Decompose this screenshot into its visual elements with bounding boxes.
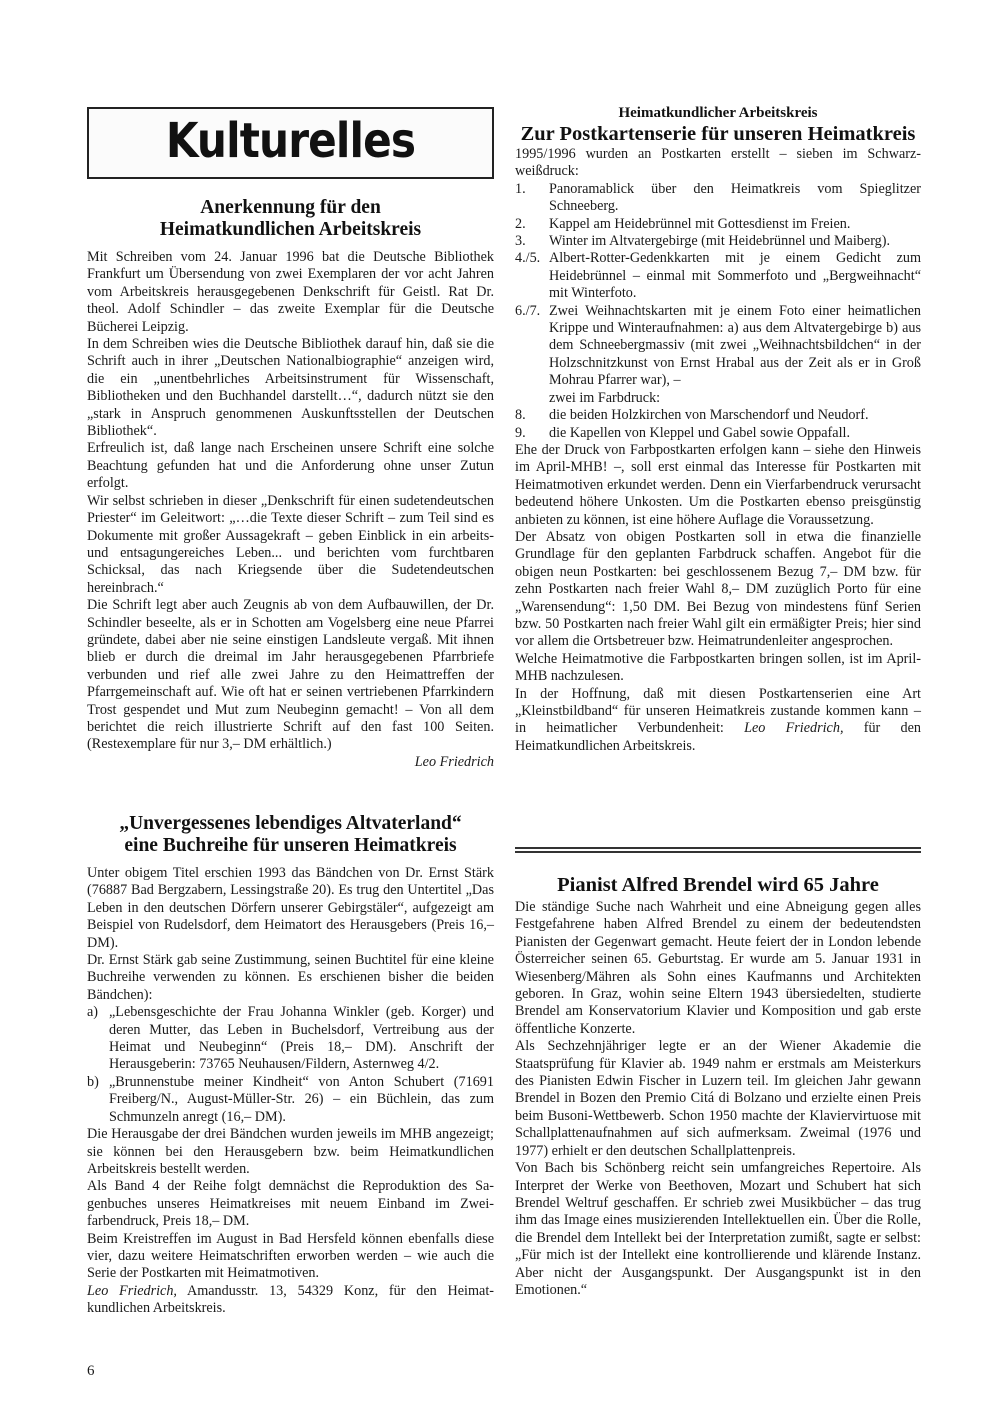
list-text: Albert-Rotter-Gedenkkarten mit je einem … bbox=[549, 250, 921, 302]
paragraph: Mit Schreiben vom 24. Januar 1996 bat di… bbox=[87, 249, 494, 336]
list-marker: 1. bbox=[515, 181, 549, 216]
paragraph: Beim Kreistreffen im August in Bad Hersf… bbox=[87, 1231, 494, 1283]
list-marker: b) bbox=[87, 1074, 109, 1126]
section-header-title: Kulturelles bbox=[113, 113, 468, 169]
list-item: 3.Winter im Altvatergebirge (mit Heidebr… bbox=[515, 233, 921, 250]
author-name: Leo Friedrich, bbox=[87, 1283, 177, 1299]
paragraph: Die Schrift legt aber auch Zeugnis ab vo… bbox=[87, 597, 494, 754]
list-marker: 3. bbox=[515, 233, 549, 250]
paragraph: Der Absatz von obigen Postkarten soll in… bbox=[515, 529, 921, 651]
article-anerkennung: Anerkennung für den Heimatkundlichen Arb… bbox=[87, 197, 494, 771]
list-subheading: zwei im Farbdruck: bbox=[515, 390, 921, 407]
article-title: „Unvergessenes lebendiges Altvaterland“ … bbox=[87, 813, 494, 857]
list-item: 4./5.Albert-Rotter-Gedenkkarten mit je e… bbox=[515, 250, 921, 302]
list-text: Winter im Altvatergebirge (mit Heidebrün… bbox=[549, 233, 921, 250]
list-item: 9.die Kapellen von Kleppel und Gabel sow… bbox=[515, 425, 921, 442]
article-postkartenserie: Heimatkundlicher Arbeitskreis Zur Postka… bbox=[515, 104, 921, 755]
list-marker: a) bbox=[87, 1004, 109, 1074]
signature-paragraph: Leo Friedrich, Amandusstr. 13, 54329 Kon… bbox=[87, 1283, 494, 1318]
list-item: 8.die beiden Holzkirchen von Marschendor… bbox=[515, 407, 921, 424]
paragraph: Die Herausgabe der drei Bändchen wurden … bbox=[87, 1126, 494, 1178]
article-brendel: Pianist Alfred Brendel wird 65 Jahre Die… bbox=[515, 873, 921, 1299]
paragraph: Als Band 4 der Reihe folgt demnächst die… bbox=[87, 1178, 494, 1230]
list-marker: 2. bbox=[515, 216, 549, 233]
postcard-list-bw: 1.Panoramablick über den Heimatkreis vom… bbox=[515, 181, 921, 442]
title-line-2: eine Buchreihe für unseren Heimatkreis bbox=[124, 835, 456, 856]
color-heading: zwei im Farbdruck: bbox=[549, 390, 921, 407]
list-text: Panoramablick über den Heimatkreis vom S… bbox=[549, 181, 921, 216]
paragraph: Erfreulich ist, daß lange nach Erscheine… bbox=[87, 440, 494, 492]
list-text: „Brunnenstube meiner Kindheit“ von Anton… bbox=[109, 1074, 494, 1126]
paragraph: Dr. Ernst Stärk gab seine Zustimmung, se… bbox=[87, 952, 494, 1004]
paragraph: Wir selbst schrieben in dieser „Denkschr… bbox=[87, 493, 494, 597]
paragraph: 1995/1996 wurden an Postkarten erstellt … bbox=[515, 146, 921, 181]
double-rule-divider bbox=[515, 847, 921, 853]
list-item: 2.Kappel am Heidebrünnel mit Gottesdiens… bbox=[515, 216, 921, 233]
author-name: Leo Friedrich, bbox=[744, 720, 843, 736]
list-text: die Kapellen von Kleppel und Gabel sowie… bbox=[549, 425, 921, 442]
article-title: Anerkennung für den Heimatkundlichen Arb… bbox=[87, 197, 494, 241]
article-kicker: Heimatkundlicher Arbeitskreis bbox=[515, 104, 921, 122]
list-item: 6./7.Zwei Weihnachtskarten mit je einem … bbox=[515, 303, 921, 390]
author-signature: Leo Friedrich bbox=[87, 754, 494, 771]
paragraph: Ehe der Druck von Farbpostkarten erfolge… bbox=[515, 442, 921, 529]
article-altvaterland: „Unvergessenes lebendiges Altvaterland“ … bbox=[87, 813, 494, 1318]
title-line-2: Heimatkundlichen Arbeitskreis bbox=[160, 219, 421, 240]
list-marker: 9. bbox=[515, 425, 549, 442]
section-header-box: Kulturelles bbox=[87, 107, 494, 179]
paragraph: Als Sechzehnjähriger legte er an der Wie… bbox=[515, 1038, 921, 1160]
title-line-1: Anerkennung für den bbox=[200, 197, 381, 218]
paragraph: Welche Heimatmotive die Farbpostkarten b… bbox=[515, 651, 921, 686]
list-text: Zwei Weihnachtskarten mit je einem Foto … bbox=[549, 303, 921, 390]
list-item: 1.Panoramablick über den Heimatkreis vom… bbox=[515, 181, 921, 216]
list-marker: 8. bbox=[515, 407, 549, 424]
page-number: 6 bbox=[87, 1363, 95, 1380]
list-text: „Lebensgeschichte der Frau Johanna Winkl… bbox=[109, 1004, 494, 1074]
paragraph: Von Bach bis Schönberg reicht sein umfan… bbox=[515, 1160, 921, 1299]
list-marker: 6./7. bbox=[515, 303, 549, 390]
paragraph: Unter obigem Titel erschien 1993 das Bän… bbox=[87, 865, 494, 952]
paragraph: Die ständige Suche nach Wahrheit und ein… bbox=[515, 899, 921, 1038]
list-text: Kappel am Heidebrünnel mit Gottesdienst … bbox=[549, 216, 921, 233]
closing-paragraph: In der Hoffnung, daß mit diesen Postkart… bbox=[515, 686, 921, 756]
book-list: a) „Lebensgeschichte der Frau Johanna Wi… bbox=[87, 1004, 494, 1126]
title-line-1: „Unvergessenes lebendiges Altvaterland“ bbox=[119, 813, 461, 834]
list-item: b) „Brunnenstube meiner Kindheit“ von An… bbox=[87, 1074, 494, 1126]
list-marker: 4./5. bbox=[515, 250, 549, 302]
list-item: a) „Lebensgeschichte der Frau Johanna Wi… bbox=[87, 1004, 494, 1074]
list-text: die beiden Holzkirchen von Marschendorf … bbox=[549, 407, 921, 424]
article-title: Pianist Alfred Brendel wird 65 Jahre bbox=[515, 873, 921, 897]
article-title: Zur Postkartenserie für unseren Heimatkr… bbox=[515, 122, 921, 146]
paragraph: In dem Schreiben wies die Deutsche Bibli… bbox=[87, 336, 494, 440]
